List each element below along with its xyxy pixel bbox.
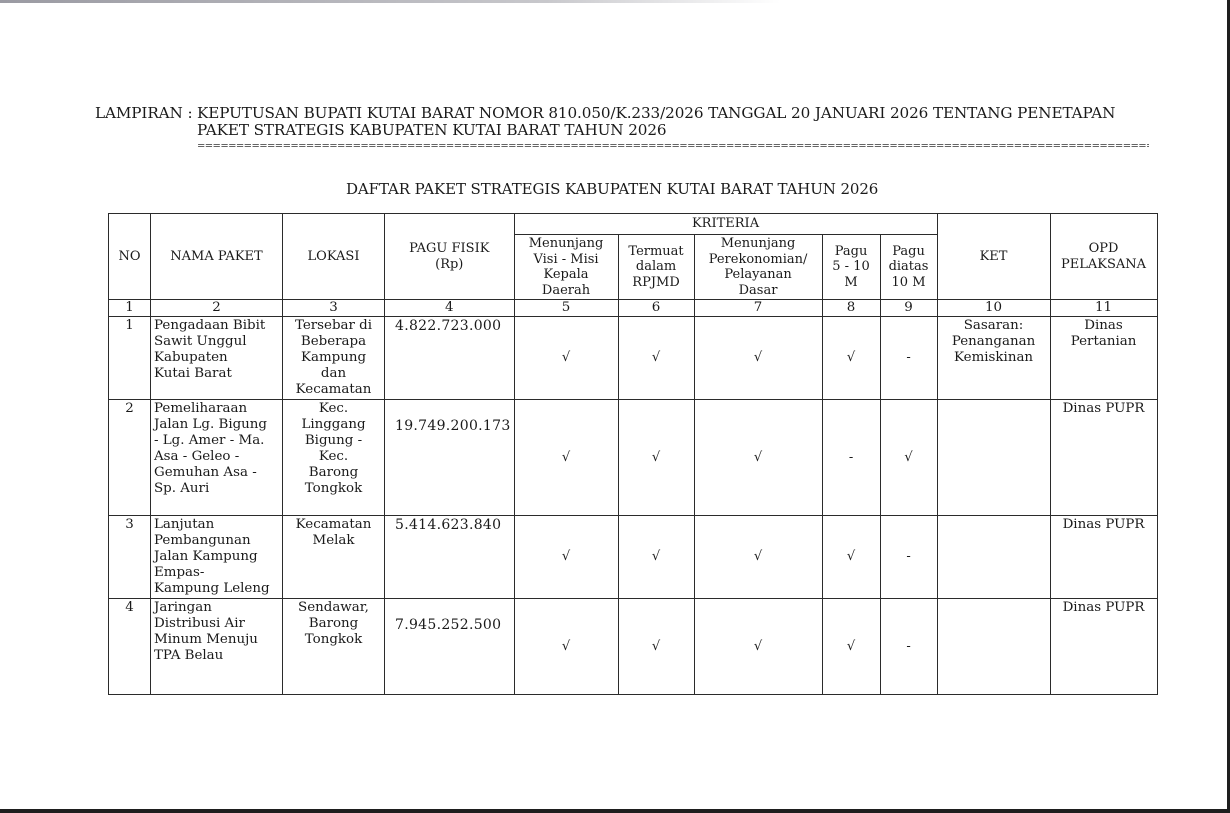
opd-pelaksana-cell: Dinas PUPR [1050,599,1157,695]
opd-pelaksana-cell: DinasPertanian [1050,317,1157,400]
mark-pagu-5-10m: - [822,400,880,516]
mark-rpjmd: √ [618,599,694,695]
row-number: 2 [109,400,151,516]
table-row: 2PemeliharaanJalan Lg. Bigung- Lg. Amer … [109,400,1158,516]
column-number: 9 [880,300,937,317]
column-number: 11 [1050,300,1157,317]
column-number: 7 [694,300,822,317]
mark-pagu-diatas-10m: √ [880,400,937,516]
mark-pagu-diatas-10m: - [880,516,937,599]
mark-rpjmd: √ [618,400,694,516]
opd-pelaksana-cell: Dinas PUPR [1050,400,1157,516]
mark-pagu-5-10m: √ [822,599,880,695]
header-no: NO [109,214,151,300]
row-number: 3 [109,516,151,599]
lampiran-body: KEPUTUSAN BUPATI KUTAI BARAT NOMOR 810.0… [197,105,1162,153]
mark-rpjmd: √ [618,317,694,400]
lampiran-line-2: PAKET STRATEGIS KABUPATEN KUTAI BARAT TA… [197,122,1162,139]
header-pagu-fisik: PAGU FISIK(Rp) [385,214,515,300]
lokasi-cell: Sendawar,BarongTongkok [283,599,385,695]
header-rpjmd: TermuatdalamRPJMD [618,235,694,300]
ket-cell [937,400,1050,516]
mark-pagu-diatas-10m: - [880,599,937,695]
nama-paket-cell: JaringanDistribusi AirMinum MenujuTPA Be… [151,599,283,695]
column-number: 3 [283,300,385,317]
pagu-fisik-cell: 4.822.723.000 [385,317,515,400]
mark-pagu-5-10m: √ [822,516,880,599]
scan-bottom-edge [0,809,1230,813]
column-number: 2 [151,300,283,317]
column-number: 10 [937,300,1050,317]
document-title: DAFTAR PAKET STRATEGIS KABUPATEN KUTAI B… [346,180,878,198]
table-row: 1Pengadaan BibitSawit UnggulKabupatenKut… [109,317,1158,400]
mark-perekonomian: √ [694,400,822,516]
column-number: 8 [822,300,880,317]
lokasi-cell: Kec.LinggangBigung -Kec.BarongTongkok [283,400,385,516]
pagu-fisik-cell: 19.749.200.173 [385,400,515,516]
header-pagu-5-10m: Pagu5 - 10M [822,235,880,300]
header-lokasi: LOKASI [283,214,385,300]
mark-visi-misi: √ [514,599,618,695]
header-kriteria: KRITERIA [514,214,937,235]
mark-rpjmd: √ [618,516,694,599]
ket-cell [937,516,1050,599]
column-number: 5 [514,300,618,317]
column-number: 6 [618,300,694,317]
ket-cell: Sasaran:PenangananKemiskinan [937,317,1050,400]
header-nama-paket: NAMA PAKET [151,214,283,300]
lokasi-cell: Tersebar diBeberapaKampungdanKecamatan [283,317,385,400]
mark-perekonomian: √ [694,516,822,599]
double-rule-divider: ========================================… [197,141,1149,153]
nama-paket-cell: LanjutanPembangunanJalan KampungEmpas-Ka… [151,516,283,599]
header-pagu-diatas-10m: Pagudiatas10 M [880,235,937,300]
header-visi-misi: MenunjangVisi - MisiKepalaDaerah [514,235,618,300]
mark-pagu-diatas-10m: - [880,317,937,400]
mark-visi-misi: √ [514,317,618,400]
row-number: 1 [109,317,151,400]
mark-perekonomian: √ [694,317,822,400]
mark-visi-misi: √ [514,400,618,516]
ket-cell [937,599,1050,695]
pagu-fisik-cell: 7.945.252.500 [385,599,515,695]
lampiran-label: LAMPIRAN : [95,105,192,122]
lampiran-line-1: KEPUTUSAN BUPATI KUTAI BARAT NOMOR 810.0… [197,105,1162,122]
mark-pagu-5-10m: √ [822,317,880,400]
header-perekonomian: MenunjangPerekonomian/PelayananDasar [694,235,822,300]
row-number: 4 [109,599,151,695]
column-number: 4 [385,300,515,317]
lokasi-cell: KecamatanMelak [283,516,385,599]
strategic-packages-table: NO NAMA PAKET LOKASI PAGU FISIK(Rp) KRIT… [108,213,1158,695]
mark-visi-misi: √ [514,516,618,599]
table-row: 4JaringanDistribusi AirMinum MenujuTPA B… [109,599,1158,695]
nama-paket-cell: PemeliharaanJalan Lg. Bigung- Lg. Amer -… [151,400,283,516]
mark-perekonomian: √ [694,599,822,695]
nama-paket-cell: Pengadaan BibitSawit UnggulKabupatenKuta… [151,317,283,400]
header-opd-pelaksana: OPDPELAKSANA [1050,214,1157,300]
table-row: 3LanjutanPembangunanJalan KampungEmpas-K… [109,516,1158,599]
opd-pelaksana-cell: Dinas PUPR [1050,516,1157,599]
pagu-fisik-cell: 5.414.623.840 [385,516,515,599]
column-number: 1 [109,300,151,317]
header-ket: KET [937,214,1050,300]
scan-top-shade [0,0,780,3]
